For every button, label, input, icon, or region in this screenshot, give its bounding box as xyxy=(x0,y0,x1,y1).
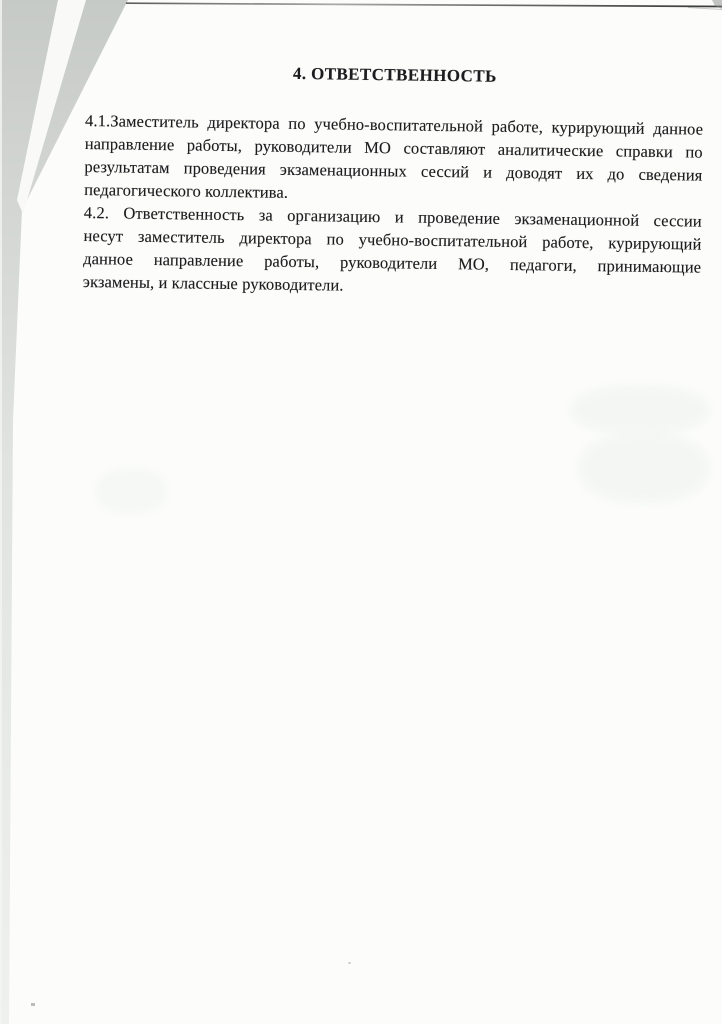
document-content: 4. ОТВЕТСТВЕННОСТЬ 4.1.Заместитель дирек… xyxy=(83,58,704,302)
top-right-corner-mark xyxy=(712,0,722,9)
page-top-edge-line xyxy=(126,3,722,6)
scan-speck xyxy=(31,1003,35,1006)
show-through-smudge xyxy=(95,468,167,514)
show-through-smudge xyxy=(578,432,710,504)
paragraph-4-2: 4.2. Ответственность за организацию и пр… xyxy=(83,201,702,302)
scanned-document-page: 4. ОТВЕТСТВЕННОСТЬ 4.1.Заместитель дирек… xyxy=(0,0,722,1024)
page-top-edge-line-secondary xyxy=(688,8,722,10)
scan-speck xyxy=(348,962,351,964)
scanner-edge-highlight xyxy=(0,0,2,1024)
show-through-smudge xyxy=(570,385,710,435)
paragraph-4-1: 4.1.Заместитель директора по учебно-восп… xyxy=(84,109,703,210)
